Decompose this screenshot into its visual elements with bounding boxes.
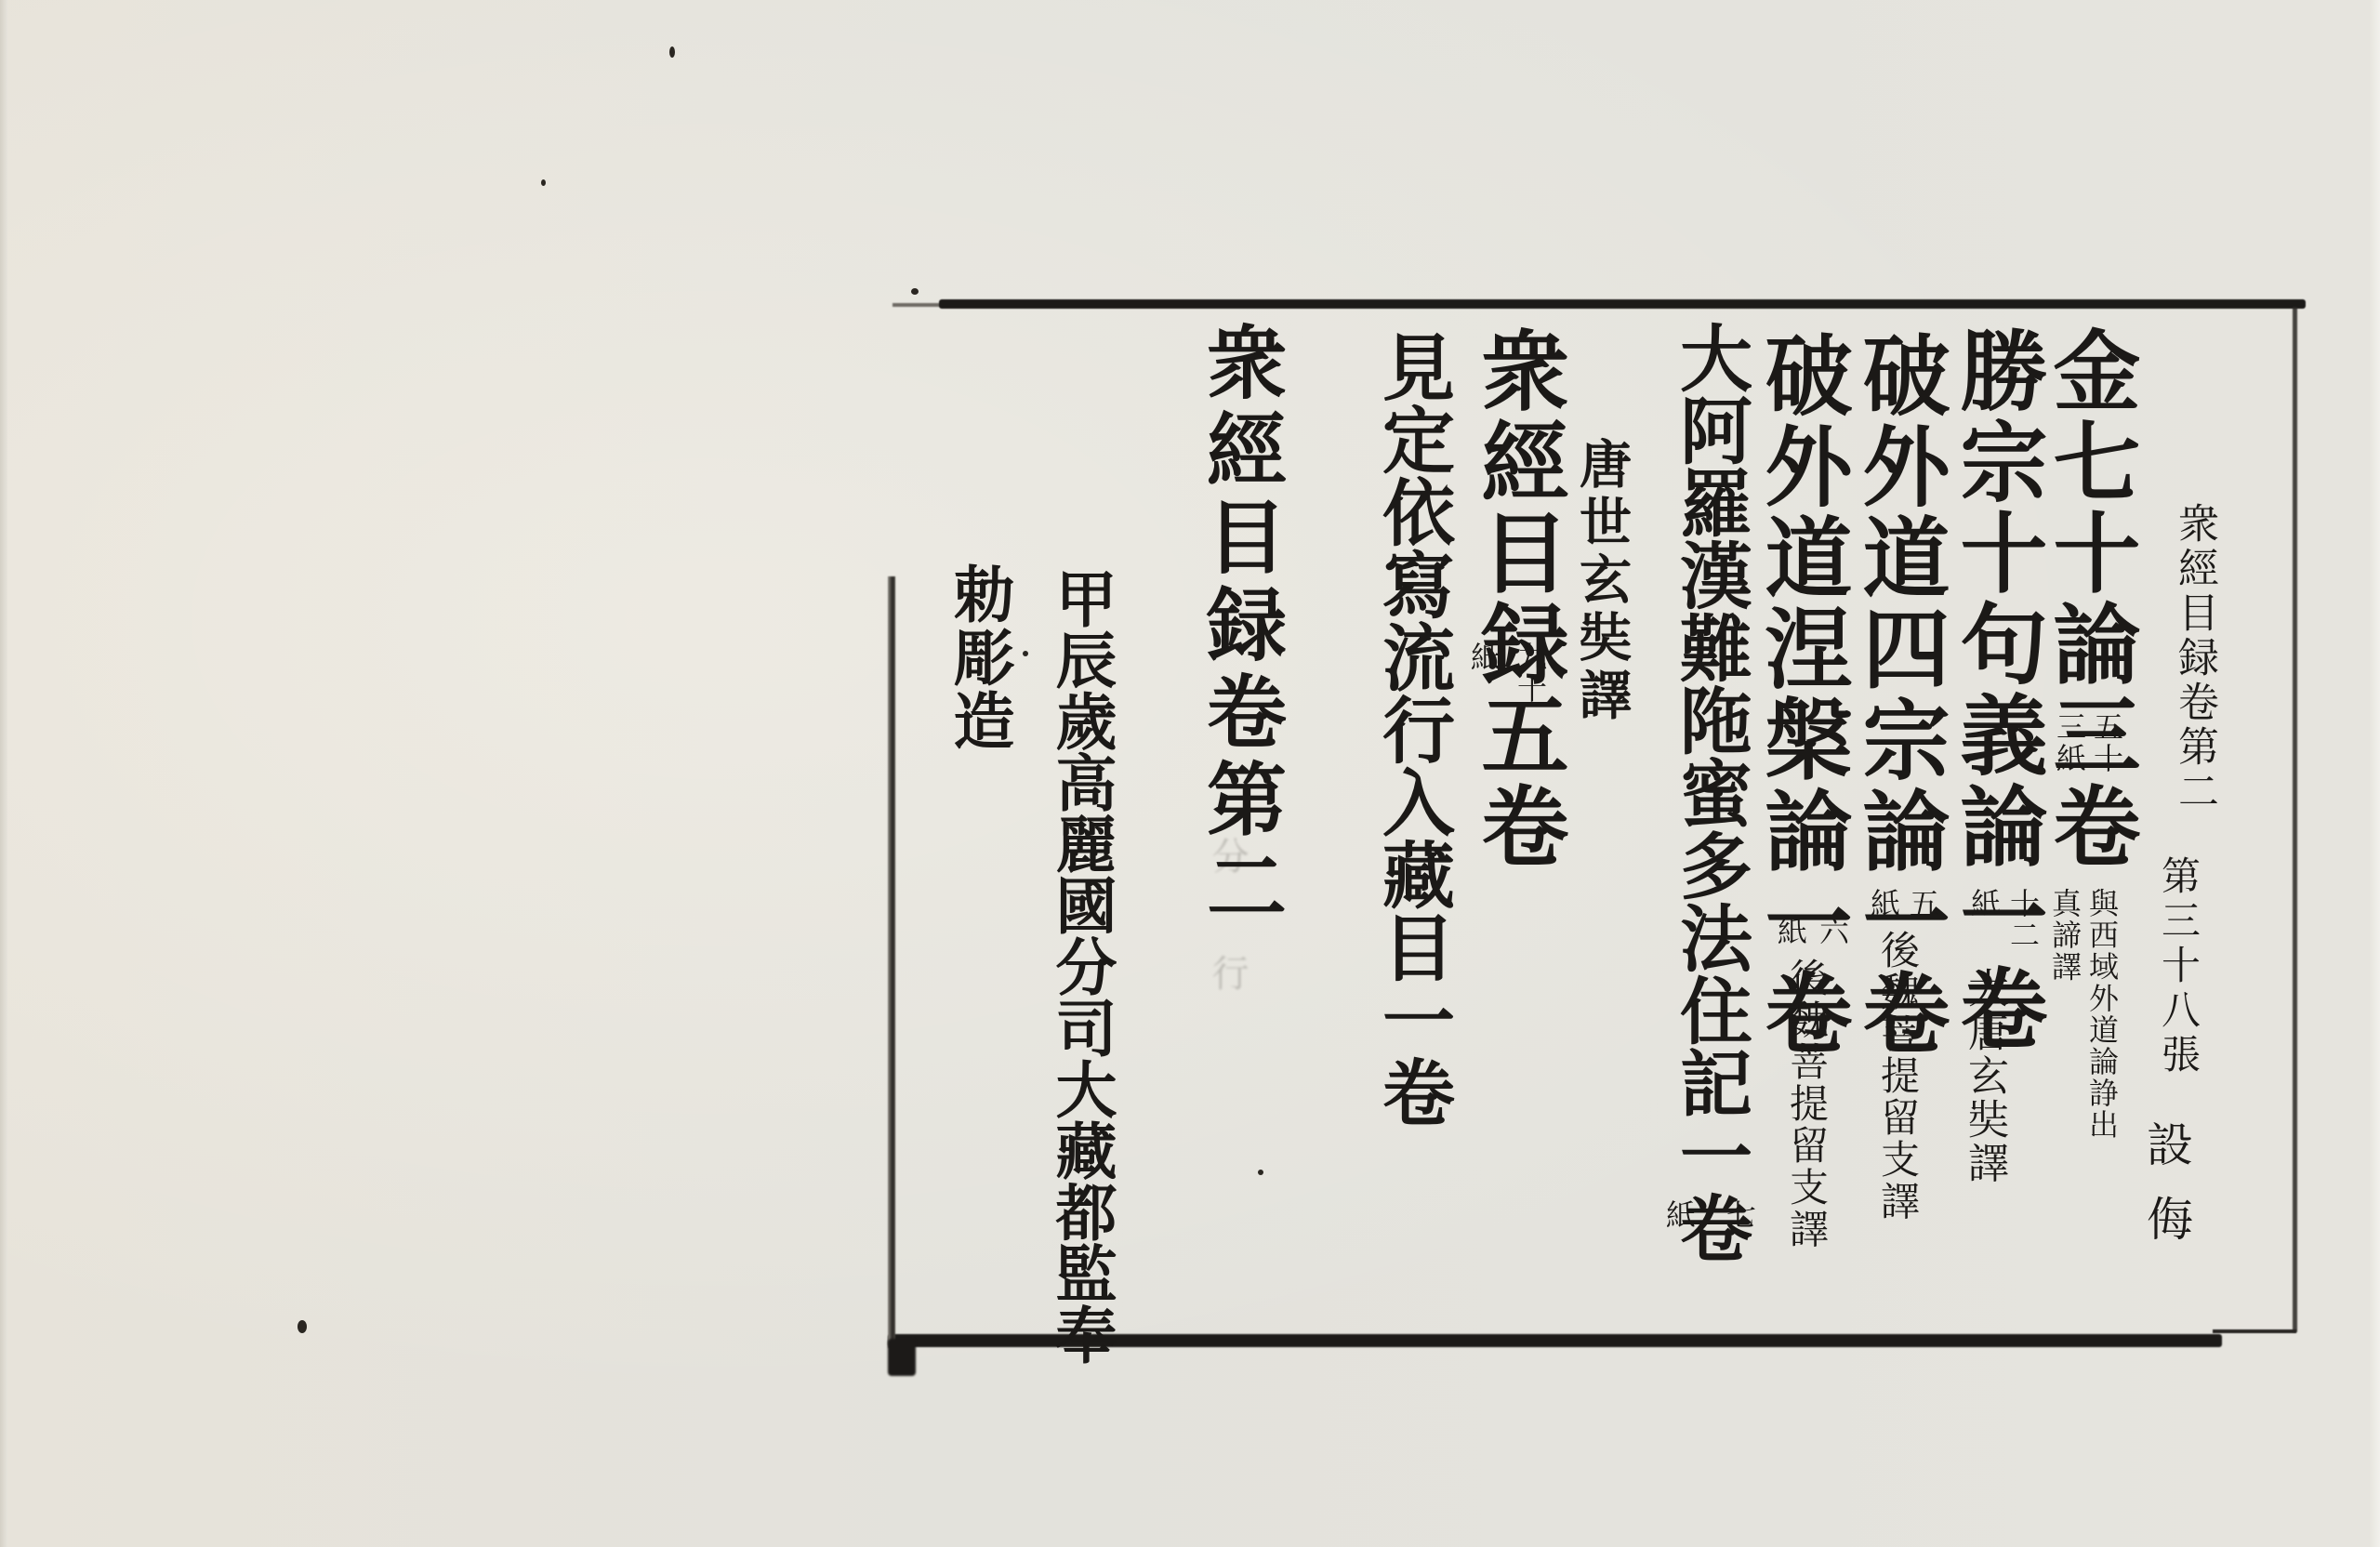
entry-1-translator: 真諦譯 <box>2050 888 2080 983</box>
carver-mark-2: 侮 <box>2143 1195 2189 1244</box>
entry-5-sheets-a: 七 <box>1725 1199 1754 1231</box>
paper-speck <box>297 1320 307 1333</box>
paper-speck <box>1023 651 1028 656</box>
footer-title: 衆經目録卷第二 <box>1199 321 1279 932</box>
entry-1-sheets-b: 三紙 <box>2055 711 2084 774</box>
colophon-line-1: 甲辰歲高麗國分司大藏都監奉 <box>1051 567 1112 1365</box>
paper-speck <box>911 288 919 295</box>
frame-top-border <box>939 299 2306 309</box>
page-marker: 第三十八張 <box>2159 855 2198 1078</box>
entry-3-sheets-a: 五 <box>1908 888 1937 919</box>
entry-4-translator: 後魏菩提留支譯 <box>1787 958 1826 1250</box>
entry-3-sheets-b: 紙 <box>1869 888 1898 919</box>
entry-1-title: 金七十論三卷 <box>2045 325 2133 872</box>
paper-speck <box>541 179 546 186</box>
entry-5-title: 大阿羅漢難陁蜜多法住記一卷 <box>1673 321 1746 1263</box>
entry-2-translator: 大唐玄奘譯 <box>1963 967 2004 1185</box>
header-title: 衆經目録卷第二 <box>2174 502 2215 814</box>
frame-corner-ink-blot <box>888 1339 916 1376</box>
colophon-line-2: 勅彫造 <box>948 562 1010 752</box>
entry-6-sheets-b: 紙 <box>1469 641 1499 673</box>
paper-speck <box>1258 1170 1263 1175</box>
carver-mark-1: 設 <box>2143 1120 2189 1170</box>
entry-7-title: 見定依寫流行入藏目一卷 <box>1376 330 1448 1128</box>
entry-4-title: 破外道涅槃論一卷 <box>1757 330 1844 1059</box>
frame-right-bottom-border <box>2213 1329 2296 1333</box>
frame-left-border <box>888 576 895 1348</box>
paper-edge-left <box>0 0 7 1547</box>
entry-4-sheets-a: 六 <box>1818 916 1847 947</box>
entry-6-title: 衆經目録五卷 <box>1474 325 1561 872</box>
entry-5-sheets-b: 紙 <box>1664 1199 1694 1231</box>
entry-3-translator: 後魏菩提留支譯 <box>1878 930 1917 1223</box>
entry-2-sheets-b: 紙 <box>1969 888 1999 919</box>
paper-speck <box>669 46 675 58</box>
entry-2-sheets-a: 十二 <box>2008 888 2038 951</box>
entry-5-translator: 唐世玄奘譯 <box>1576 437 1628 725</box>
entry-1-sheets-a: 五十 <box>2092 711 2122 774</box>
entry-1-side-note: 與西域外道論諍出 <box>2087 888 2117 1141</box>
entry-6-sheets-a: 九十 <box>1515 641 1545 705</box>
frame-right-border <box>2293 307 2297 1332</box>
paper-edge-right <box>2369 0 2380 1547</box>
entry-4-sheets-b: 紙 <box>1776 916 1805 947</box>
